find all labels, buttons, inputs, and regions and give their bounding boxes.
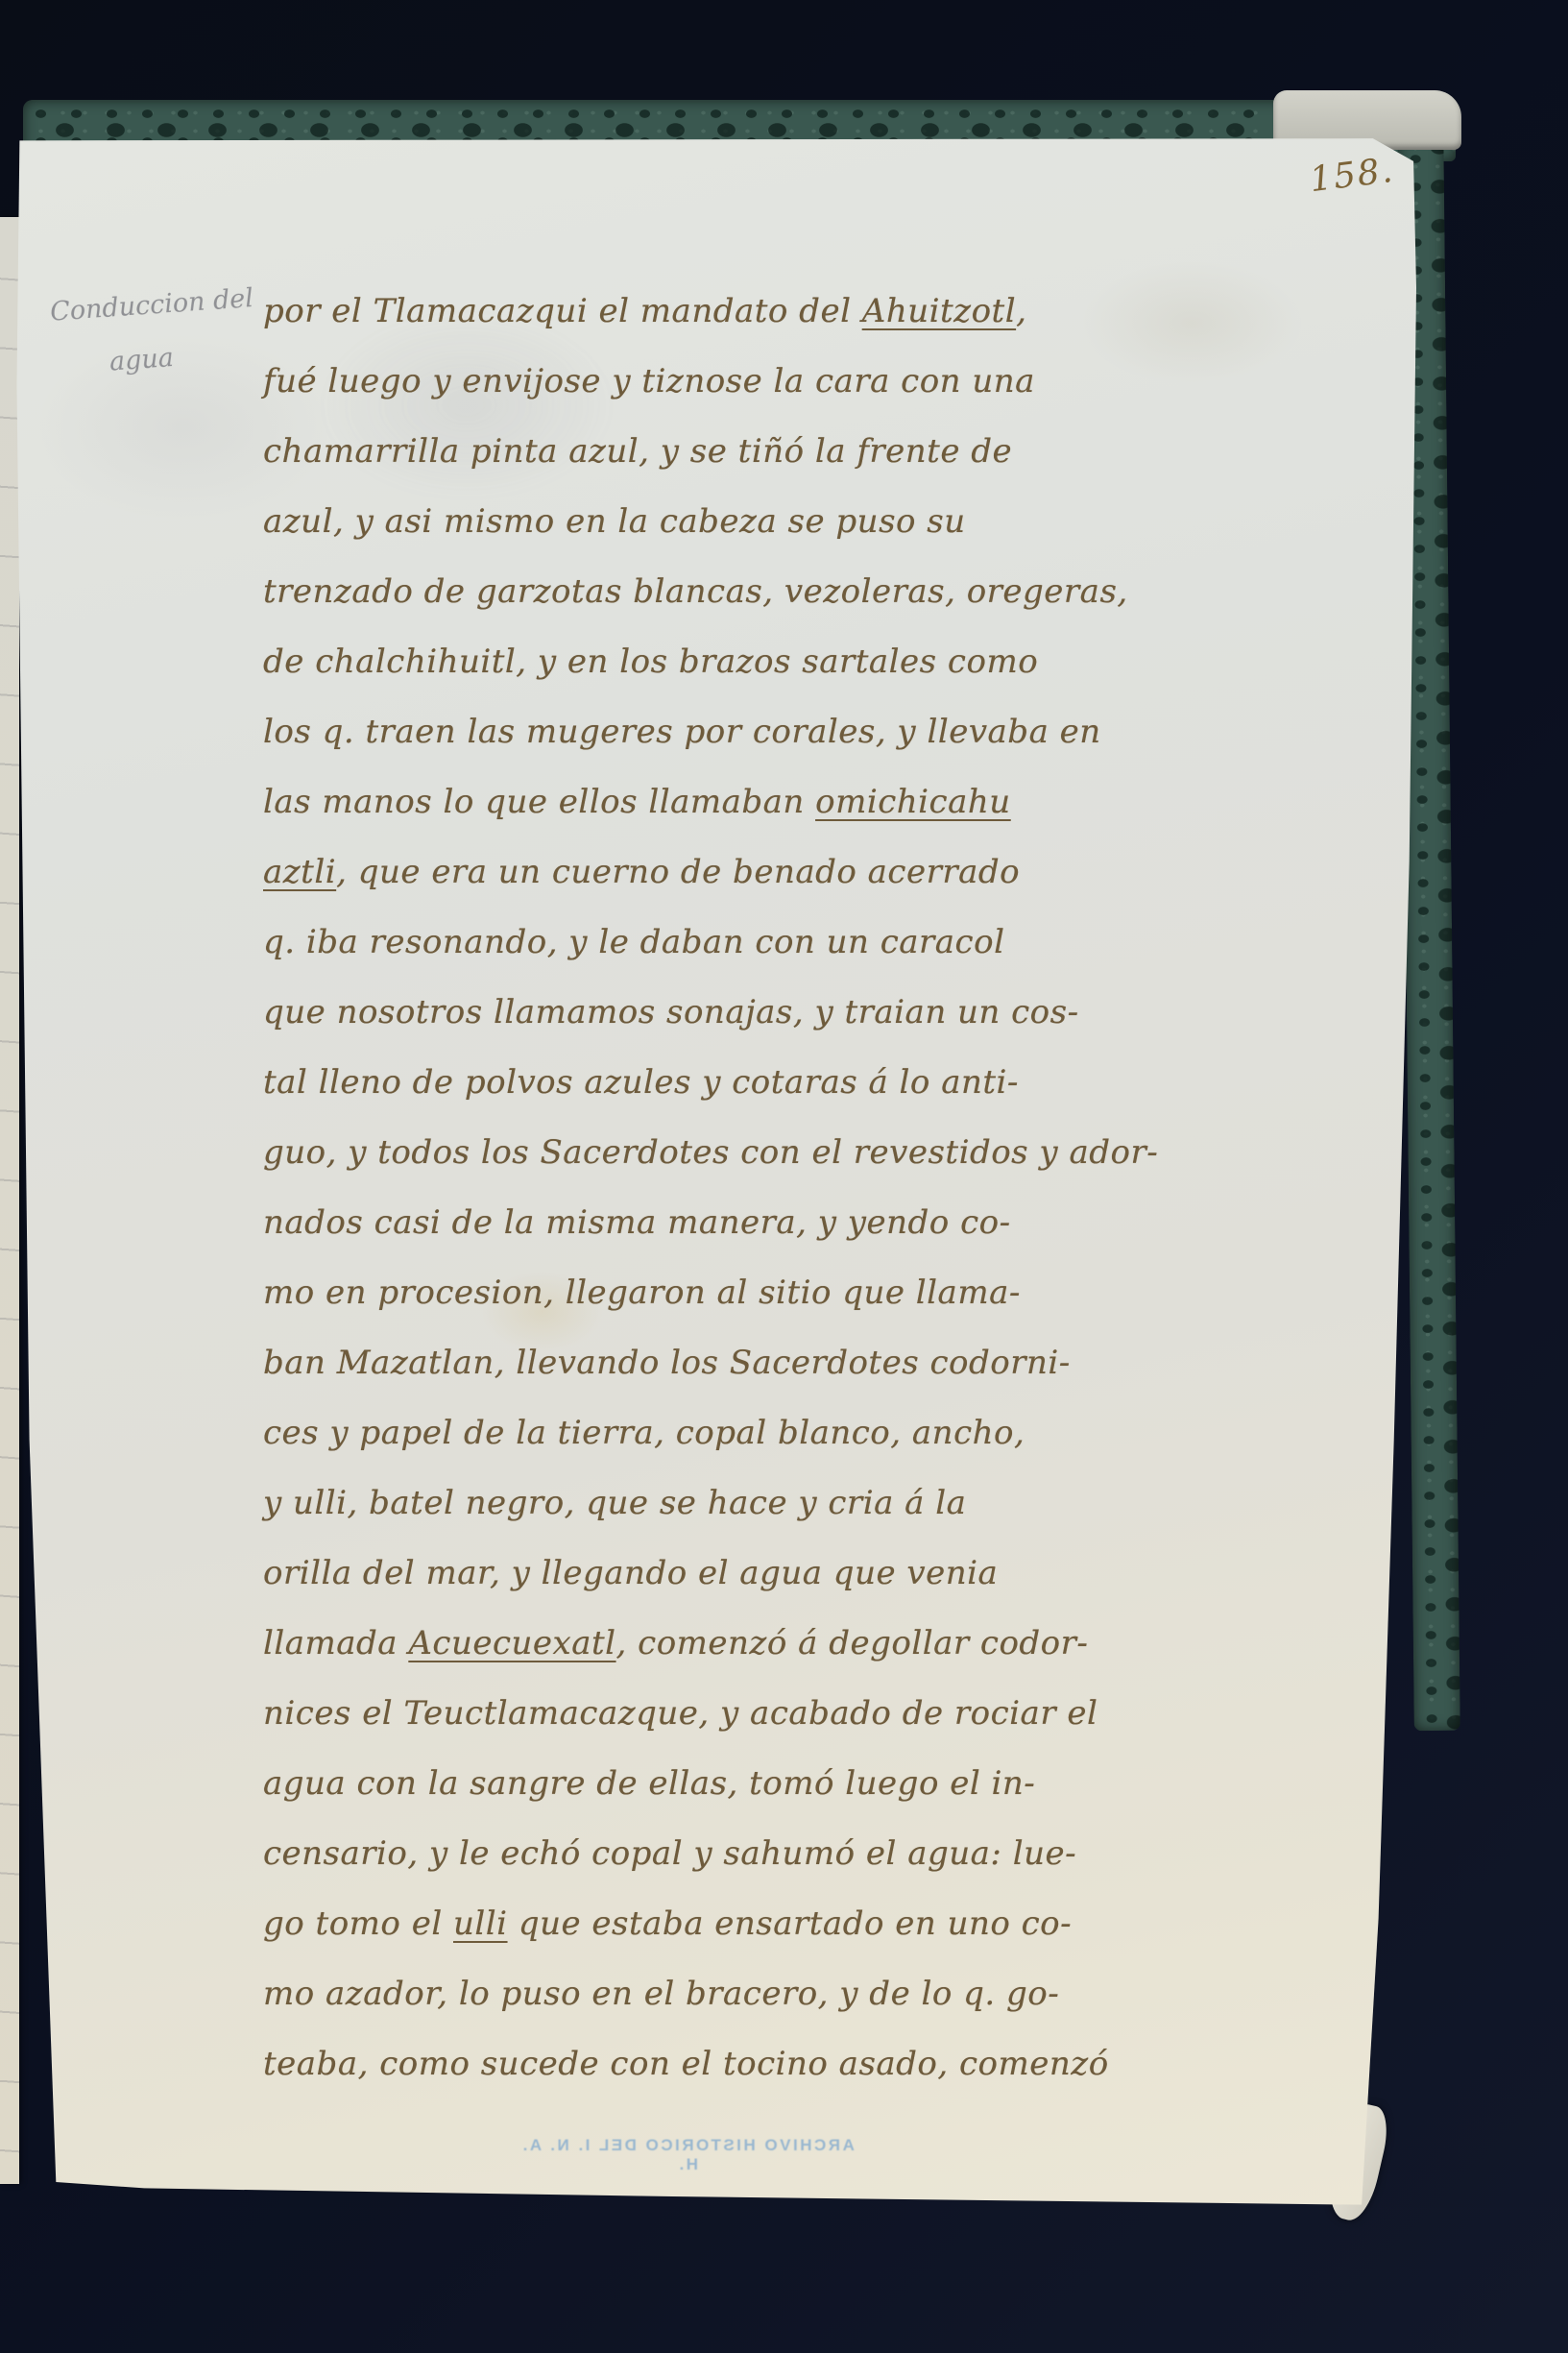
text-segment: censario, y le echó copal y sahumó el ag… <box>263 1834 1076 1873</box>
text-segment: azul, y asi mismo en la cabeza se puso s… <box>263 502 966 541</box>
text-segment: trenzado de garzotas blancas, vezoleras,… <box>263 572 1128 611</box>
manuscript-lines: por el Tlamacazqui el mandato del Ahuitz… <box>263 277 1406 2099</box>
text-segment: mo azador, lo puso en el bracero, y de l… <box>263 1975 1059 2013</box>
underlined-word: Ahuitzotl <box>862 292 1016 330</box>
manuscript-line: go tomo el ulli que estaba ensartado en … <box>263 1889 1406 1959</box>
text-segment: ces y papel de la tierra, copal blanco, … <box>263 1414 1025 1452</box>
manuscript-line: azul, y asi mismo en la cabeza se puso s… <box>263 487 1406 557</box>
text-segment: guo, y todos los Sacerdotes con el reves… <box>263 1133 1158 1172</box>
page-number: 158. <box>1308 151 1396 200</box>
text-segment: por el Tlamacazqui el mandato del <box>263 292 862 330</box>
manuscript-line: y ulli, batel negro, que se hace y cria … <box>263 1468 1406 1539</box>
text-segment: y ulli, batel negro, que se hace y cria … <box>263 1484 966 1522</box>
text-segment: que nosotros llamamos sonajas, y traian … <box>263 993 1079 1031</box>
manuscript-line: orilla del mar, y llegando el agua que v… <box>263 1539 1406 1609</box>
manuscript-line: trenzado de garzotas blancas, vezoleras,… <box>263 557 1406 627</box>
manuscript-line: que nosotros llamamos sonajas, y traian … <box>263 978 1406 1048</box>
text-segment: de chalchihuitl, y en los brazos sartale… <box>263 643 1038 681</box>
archive-stamp: ARCHIVO HISTORICO DEL I. N. A. H. <box>515 2136 860 2174</box>
manuscript-line: chamarrilla pinta azul, y se tiñó la fre… <box>263 417 1406 487</box>
text-segment: tal lleno de polvos azules y cotaras á l… <box>263 1063 1019 1102</box>
manuscript-line: q. iba resonando, y le daban con un cara… <box>263 908 1406 978</box>
text-segment: , que era un cuerno de benado acerrado <box>336 853 1020 891</box>
text-segment: fué luego y envijose y tiznose la cara c… <box>263 362 1035 400</box>
manuscript-line: tal lleno de polvos azules y cotaras á l… <box>263 1048 1406 1118</box>
text-segment: nices el Teuctlamacazque, y acabado de r… <box>263 1694 1098 1733</box>
text-segment: q. iba resonando, y le daban con un cara… <box>263 923 1004 961</box>
text-segment: llamada <box>263 1624 408 1662</box>
manuscript-line: aztli, que era un cuerno de benado acerr… <box>263 837 1406 908</box>
manuscript-line: teaba, como sucede con el tocino asado, … <box>263 2029 1406 2099</box>
manuscript-line: censario, y le echó copal y sahumó el ag… <box>263 1819 1406 1889</box>
manuscript-line: por el Tlamacazqui el mandato del Ahuitz… <box>263 277 1406 347</box>
text-segment: que estaba ensartado en uno co- <box>508 1904 1073 1943</box>
manuscript-line: ban Mazatlan, llevando los Sacerdotes co… <box>263 1328 1406 1398</box>
text-segment: mo en procesion, llegaron al sitio que l… <box>263 1274 1021 1312</box>
text-segment: chamarrilla pinta azul, y se tiñó la fre… <box>263 432 1012 471</box>
manuscript-line: mo en procesion, llegaron al sitio que l… <box>263 1258 1406 1328</box>
adjacent-page-edge <box>0 217 19 2184</box>
text-segment: nados casi de la misma manera, y yendo c… <box>263 1203 1011 1242</box>
manuscript-line: mo azador, lo puso en el bracero, y de l… <box>263 1959 1406 2029</box>
text-segment: go tomo el <box>263 1904 453 1943</box>
text-segment: los q. traen las mugeres por corales, y … <box>263 713 1101 751</box>
manuscript-line: agua con la sangre de ellas, tomó luego … <box>263 1749 1406 1819</box>
text-segment: ban Mazatlan, llevando los Sacerdotes co… <box>263 1344 1071 1382</box>
manuscript-line: los q. traen las mugeres por corales, y … <box>263 697 1406 767</box>
text-segment: , <box>1016 292 1026 330</box>
underlined-word: omichicahu <box>815 783 1011 821</box>
text-segment: las manos lo que ellos llamaban <box>263 783 815 821</box>
photographed-manuscript-scene: 158. Conduccion del agua por el Tlamacaz… <box>0 0 1568 2353</box>
manuscript-line: nados casi de la misma manera, y yendo c… <box>263 1188 1406 1258</box>
text-segment: teaba, como sucede con el tocino asado, … <box>263 2045 1109 2083</box>
underlined-word: ulli <box>453 1904 508 1943</box>
manuscript-line: nices el Teuctlamacazque, y acabado de r… <box>263 1679 1406 1749</box>
manuscript-line: ces y papel de la tierra, copal blanco, … <box>263 1398 1406 1468</box>
manuscript-line: guo, y todos los Sacerdotes con el reves… <box>263 1118 1406 1188</box>
manuscript-line: las manos lo que ellos llamaban omichica… <box>263 767 1406 837</box>
margin-note: Conduccion del agua <box>48 271 266 393</box>
text-segment: , comenzó á degollar codor- <box>616 1624 1089 1662</box>
manuscript-line: de chalchihuitl, y en los brazos sartale… <box>263 627 1406 697</box>
underlined-word: Acuecuexatl <box>408 1624 615 1662</box>
manuscript-line: fué luego y envijose y tiznose la cara c… <box>263 347 1406 417</box>
manuscript-page: 158. Conduccion del agua por el Tlamacaz… <box>15 136 1416 2209</box>
text-segment: orilla del mar, y llegando el agua que v… <box>263 1554 998 1592</box>
text-segment: agua con la sangre de ellas, tomó luego … <box>263 1764 1035 1803</box>
underlined-word: aztli <box>263 853 336 891</box>
manuscript-line: llamada Acuecuexatl, comenzó á degollar … <box>263 1609 1406 1679</box>
